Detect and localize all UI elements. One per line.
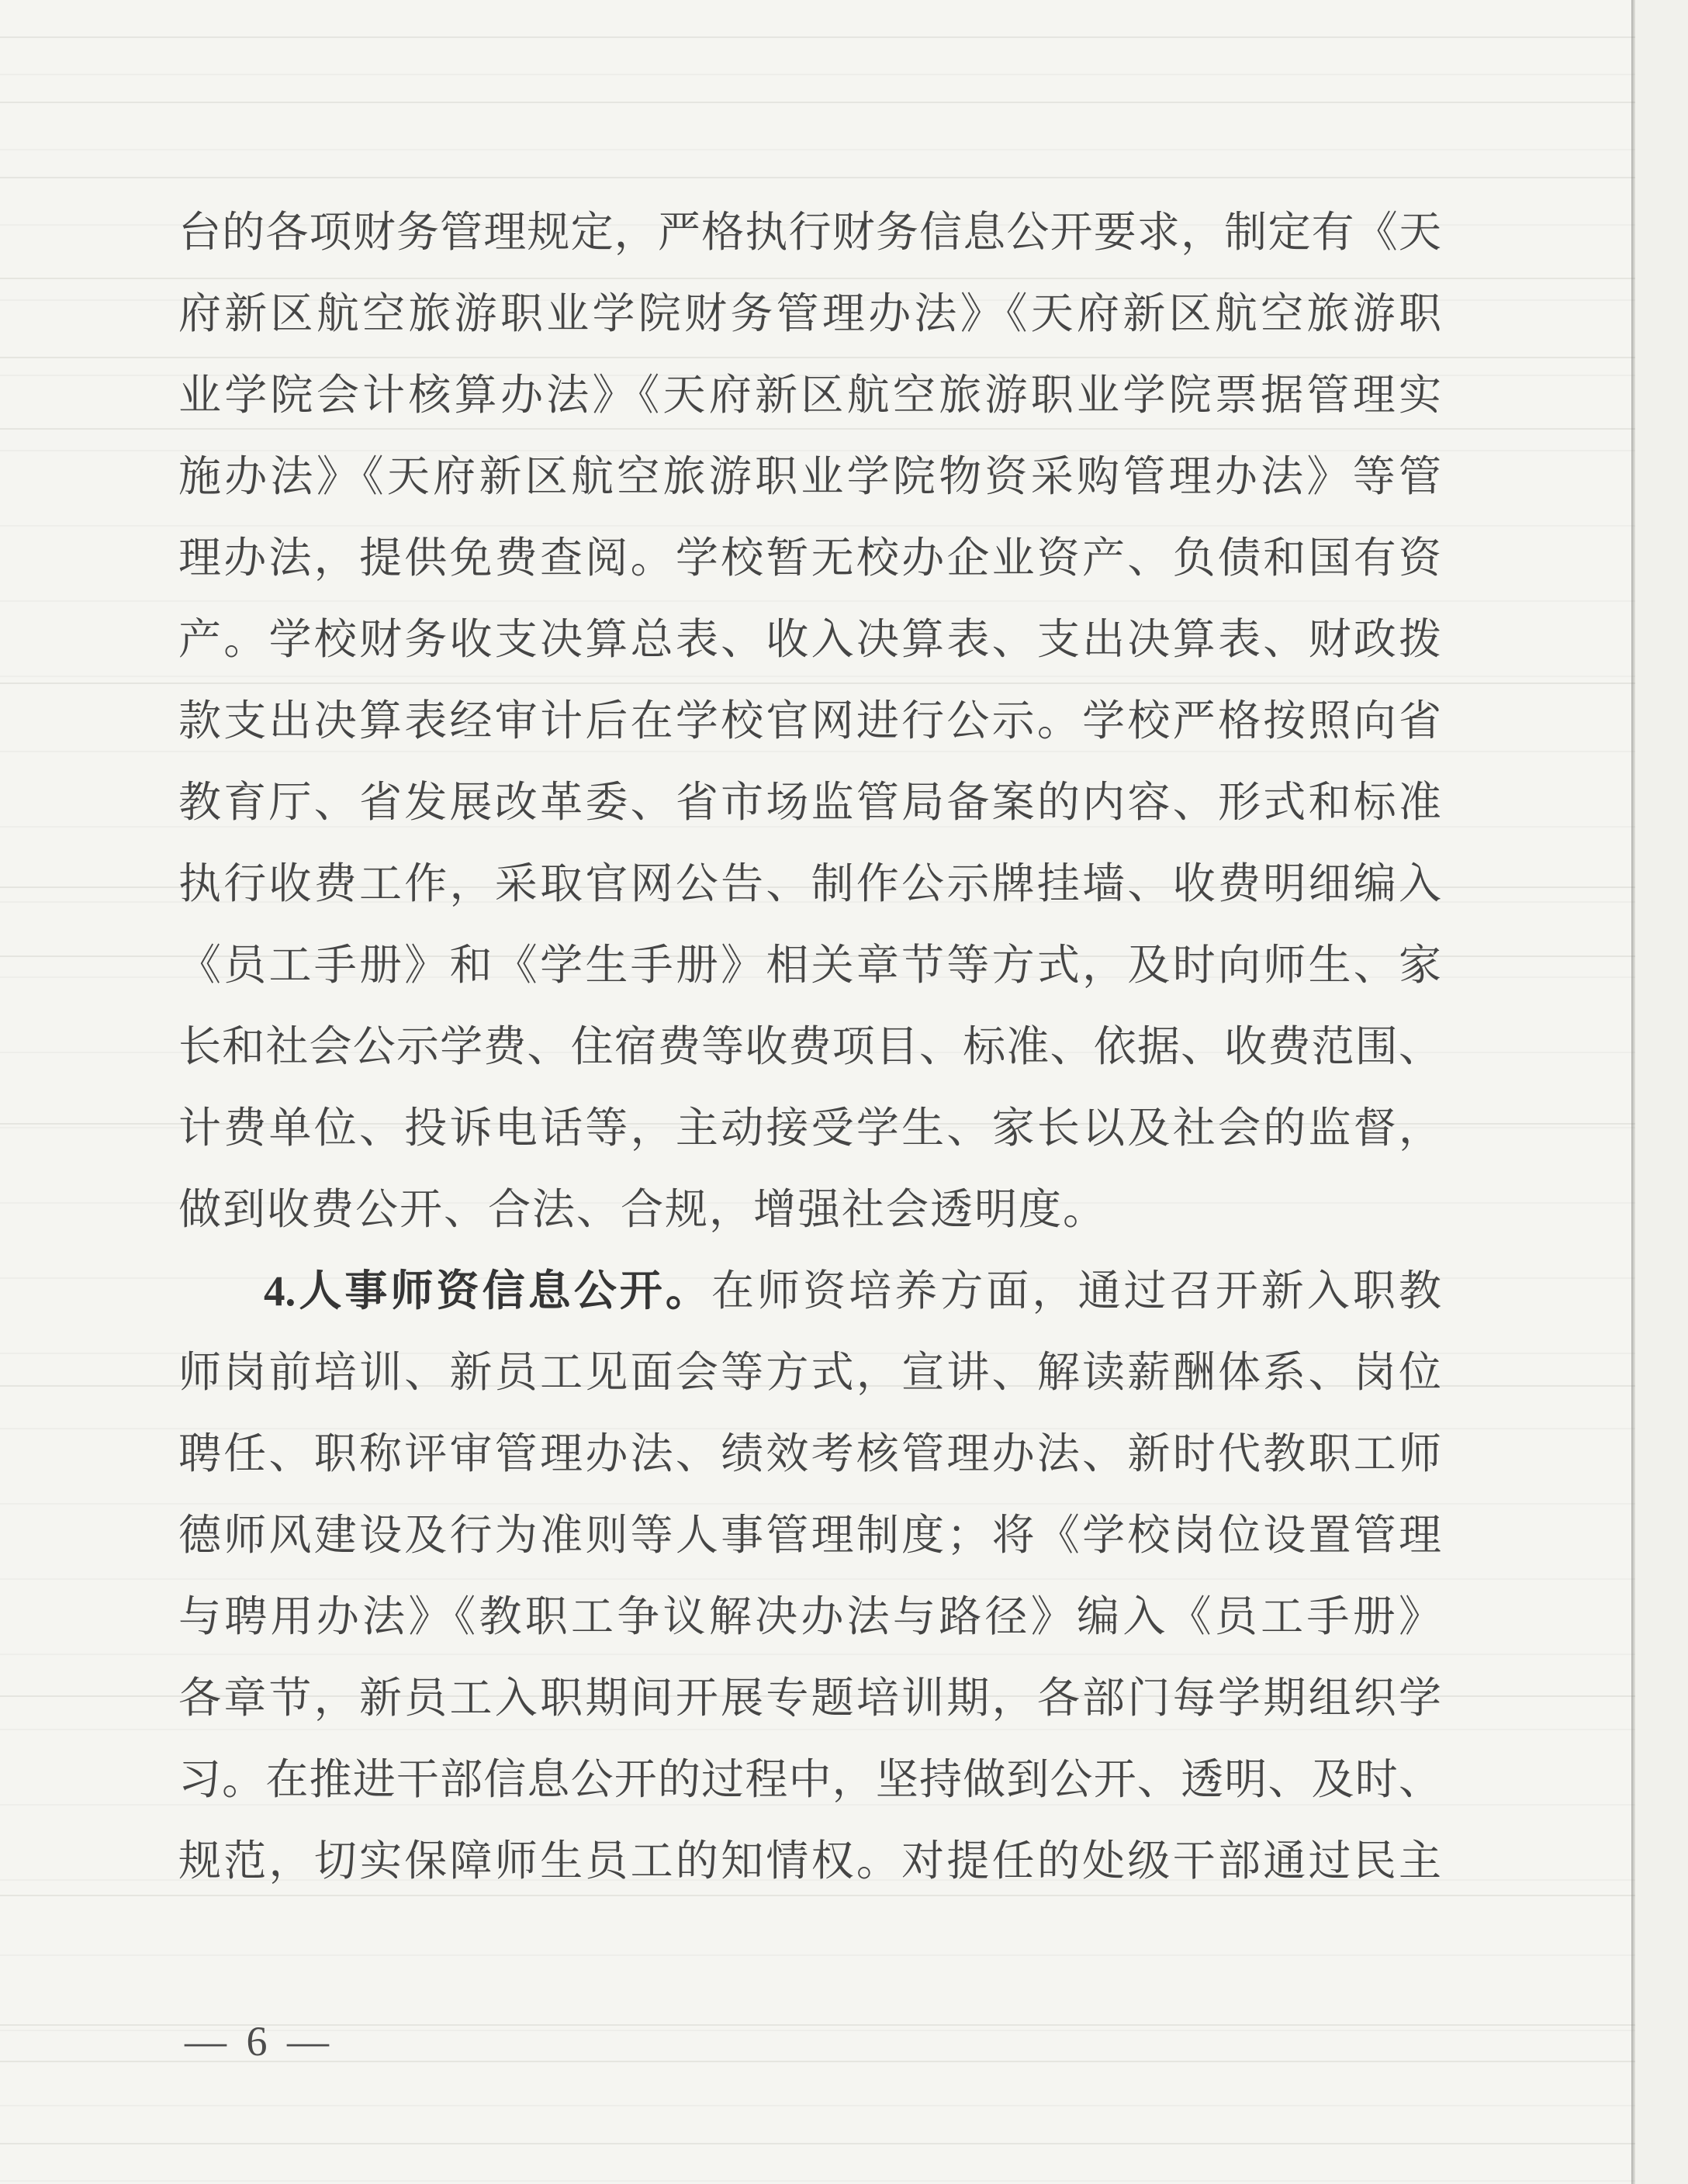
- text-line: 习。在推进干部信息公开的过程中，坚持做到公开、透明、及时、: [178, 1739, 1441, 1820]
- scan-line-artifact: [0, 2143, 1688, 2144]
- text-run: 做到收费公开、合法、合规，增强社会透明度。: [178, 1186, 1107, 1233]
- scan-line-artifact: [0, 36, 1688, 38]
- section-heading-run: 4.人事师资信息公开。: [264, 1267, 711, 1315]
- text-run: 执行收费工作，采取官网公告、制作公示牌挂墙、收费明细编入: [178, 860, 1441, 907]
- text-line: 4.人事师资信息公开。在师资培养方面，通过召开新入职教: [178, 1250, 1441, 1332]
- text-line: 理办法，提供免费查阅。学校暂无校办企业资产、负债和国有资: [178, 517, 1441, 599]
- text-run: 规范，切实保障师生员工的知情权。对提任的处级干部通过民主: [178, 1837, 1441, 1885]
- text-line: 施办法》《天府新区航空旅游职业学院物资采购管理办法》等管: [178, 436, 1441, 517]
- page-number: — 6 —: [185, 2010, 329, 2072]
- text-line: 产。学校财务收支决算总表、收入决算表、支出决算表、财政拨: [178, 599, 1441, 680]
- text-line: 业学院会计核算办法》《天府新区航空旅游职业学院票据管理实: [178, 354, 1441, 436]
- text-run: 施办法》《天府新区航空旅游职业学院物资采购管理办法》等管: [178, 453, 1441, 500]
- text-run: 款支出决算表经审计后在学校官网进行公示。学校严格按照向省: [178, 697, 1441, 745]
- text-run: 台的各项财务管理规定，严格执行财务信息公开要求，制定有《天: [178, 209, 1441, 256]
- text-run: 长和社会公示学费、住宿费等收费项目、标准、依据、收费范围、: [178, 1023, 1441, 1070]
- text-run: 各章节，新员工入职期间开展专题培训期，各部门每学期组织学: [178, 1674, 1441, 1722]
- text-run: 与聘用办法》《教职工争议解决办法与路径》编入《员工手册》: [178, 1593, 1441, 1640]
- text-run: 在师资培养方面，通过召开新入职教: [711, 1267, 1441, 1315]
- text-line: 做到收费公开、合法、合规，增强社会透明度。: [178, 1169, 1441, 1250]
- text-run: 产。学校财务收支决算总表、收入决算表、支出决算表、财政拨: [178, 616, 1441, 663]
- text-run: 业学院会计核算办法》《天府新区航空旅游职业学院票据管理实: [178, 371, 1441, 419]
- text-line: 《员工手册》和《学生手册》相关章节等方式，及时向师生、家: [178, 924, 1441, 1006]
- text-line: 台的各项财务管理规定，严格执行财务信息公开要求，制定有《天: [178, 192, 1441, 273]
- text-run: 德师风建设及行为准则等人事管理制度；将《学校岗位设置管理: [178, 1512, 1441, 1559]
- scan-margin-strip: [1635, 0, 1688, 2184]
- scan-line-artifact: [0, 102, 1688, 103]
- text-run: 府新区航空旅游职业学院财务管理办法》《天府新区航空旅游职: [178, 290, 1441, 337]
- text-line: 长和社会公示学费、住宿费等收费项目、标准、依据、收费范围、: [178, 1006, 1441, 1087]
- text-line: 与聘用办法》《教职工争议解决办法与路径》编入《员工手册》: [178, 1576, 1441, 1657]
- text-line: 师岗前培训、新员工见面会等方式，宣讲、解读薪酬体系、岗位: [178, 1332, 1441, 1413]
- text-line: 各章节，新员工入职期间开展专题培训期，各部门每学期组织学: [178, 1657, 1441, 1739]
- text-line: 款支出决算表经审计后在学校官网进行公示。学校严格按照向省: [178, 680, 1441, 762]
- text-line: 府新区航空旅游职业学院财务管理办法》《天府新区航空旅游职: [178, 273, 1441, 354]
- text-run: 《员工手册》和《学生手册》相关章节等方式，及时向师生、家: [178, 942, 1441, 989]
- text-run: 计费单位、投诉电话等，主动接受学生、家长以及社会的监督，: [178, 1104, 1441, 1152]
- text-line: 教育厅、省发展改革委、省市场监管局备案的内容、形式和标准: [178, 762, 1441, 843]
- text-run: 聘任、职称评审管理办法、绩效考核管理办法、新时代教职工师: [178, 1430, 1441, 1477]
- page-edge-line: [1631, 0, 1635, 2184]
- text-run: 师岗前培训、新员工见面会等方式，宣讲、解读薪酬体系、岗位: [178, 1349, 1441, 1396]
- text-line: 聘任、职称评审管理办法、绩效考核管理办法、新时代教职工师: [178, 1413, 1441, 1495]
- text-line: 计费单位、投诉电话等，主动接受学生、家长以及社会的监督，: [178, 1087, 1441, 1169]
- scanned-document-page: 台的各项财务管理规定，严格执行财务信息公开要求，制定有《天府新区航空旅游职业学院…: [0, 0, 1688, 2184]
- scan-line-artifact: [0, 177, 1688, 178]
- text-line: 德师风建设及行为准则等人事管理制度；将《学校岗位设置管理: [178, 1495, 1441, 1576]
- text-line: 执行收费工作，采取官网公告、制作公示牌挂墙、收费明细编入: [178, 843, 1441, 924]
- text-run: 教育厅、省发展改革委、省市场监管局备案的内容、形式和标准: [178, 779, 1441, 826]
- text-run: 理办法，提供免费查阅。学校暂无校办企业资产、负债和国有资: [178, 534, 1441, 582]
- document-lines: 台的各项财务管理规定，严格执行财务信息公开要求，制定有《天府新区航空旅游职业学院…: [178, 192, 1441, 1902]
- text-run: 习。在推进干部信息公开的过程中，坚持做到公开、透明、及时、: [178, 1756, 1441, 1803]
- text-line: 规范，切实保障师生员工的知情权。对提任的处级干部通过民主: [178, 1820, 1441, 1902]
